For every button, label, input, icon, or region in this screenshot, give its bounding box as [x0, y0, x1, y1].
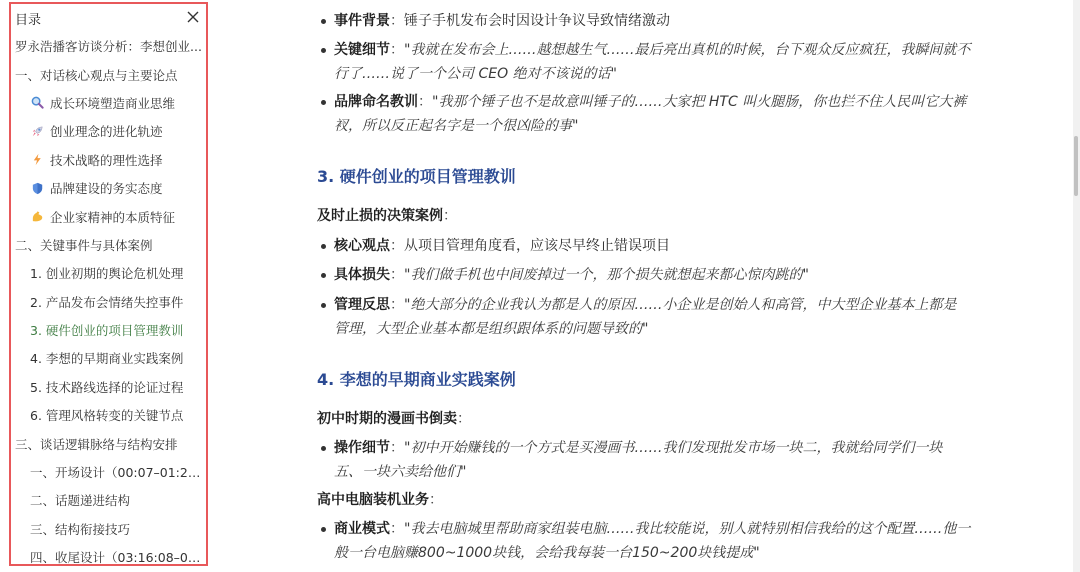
- bullet-colon: ：: [390, 42, 404, 58]
- toc-header: 目录: [11, 4, 206, 32]
- document-viewer: 目录 罗永浩播客访谈分析：李想创业... 一、对话核心观点与主要论点 成长环境塑…: [0, 0, 1080, 572]
- subhead-text: 及时止损的决策案例: [317, 208, 443, 224]
- bullet-business-model: 商业模式："我去电脑城里帮助商家组装电脑……我比较能说，别人就特别相信我给的这个…: [317, 517, 977, 565]
- bullet-quote-line-2: 五、一块六卖给他们": [334, 464, 466, 480]
- toc-item-label: 3. 硬件创业的项目管理教训: [30, 321, 183, 339]
- toc-item-3-1[interactable]: 一、开场设计（00:07–01:25）: [11, 458, 206, 486]
- bullet-quote-line-1: "绝大部分的企业我认为都是人的原因……小企业是创始人和高管，中大型企业基本上都是: [404, 297, 956, 313]
- bullet-label: 品牌命名教训: [334, 94, 418, 110]
- bullet-colon: ：: [390, 267, 404, 283]
- bullet-brand-naming-lesson: 品牌命名教训："我那个锤子也不是故意叫锤子的……大家把 HTC 叫火腿肠，你也拦…: [317, 90, 977, 138]
- toc-item-2-2[interactable]: 2. 产品发布会情绪失控事件: [11, 288, 206, 316]
- toc-item-label: 创业理念的进化轨迹: [50, 122, 163, 140]
- toc-item-section-2[interactable]: 二、关键事件与具体案例: [11, 231, 206, 259]
- toc-item-label: 罗永浩播客访谈分析：李想创业...: [15, 37, 202, 55]
- toc-item-label: 5. 技术路线选择的论证过程: [30, 378, 183, 396]
- bullet-quote-line-2: 管理，大型企业基本都是组织跟体系的问题导致的": [334, 321, 648, 337]
- toc-item-2-6[interactable]: 6. 管理风格转变的关键节点: [11, 401, 206, 429]
- toc-item-2-5[interactable]: 5. 技术路线选择的论证过程: [11, 373, 206, 401]
- bullet-quote-line-2: 衩，所以反正起名字是一个很凶险的事": [334, 118, 578, 134]
- subhead-text: 初中时期的漫画书倒卖: [317, 411, 457, 427]
- shield-icon: [30, 181, 44, 195]
- toc-item-label: 二、关键事件与具体案例: [15, 236, 153, 254]
- table-of-contents-panel: 目录 罗永浩播客访谈分析：李想创业... 一、对话核心观点与主要论点 成长环境塑…: [9, 2, 208, 566]
- section-4-subhead-pc-assembly: 高中电脑装机业务：: [317, 488, 443, 512]
- toc-item-3-3[interactable]: 三、结构衔接技巧: [11, 515, 206, 543]
- bullet-colon: ：: [390, 440, 404, 456]
- subhead-colon: ：: [443, 208, 457, 224]
- toc-item-label: 成长环境塑造商业思维: [50, 94, 175, 112]
- toc-item-label: 三、结构衔接技巧: [30, 520, 130, 538]
- bullet-quote-line-1: "我们做手机也中间废掉过一个，那个损失就想起来都心惊肉跳的": [404, 267, 809, 283]
- toc-item-2-3-active[interactable]: 3. 硬件创业的项目管理教训: [11, 316, 206, 344]
- toc-item-label: 四、收尾设计（03:16:08–03...: [30, 548, 206, 566]
- toc-item-3-4[interactable]: 四、收尾设计（03:16:08–03...: [11, 543, 206, 566]
- toc-item-label: 三、谈话逻辑脉络与结构安排: [15, 435, 178, 453]
- bullet-text: 锤子手机发布会时因设计争议导致情绪激动: [404, 13, 670, 29]
- rocket-icon: [30, 124, 44, 138]
- document-content: 事件背景：锤子手机发布会时因设计争议导致情绪激动 关键细节："我就在发布会上………: [317, 0, 997, 572]
- toc-item-entrepreneur-spirit[interactable]: 企业家精神的本质特征: [11, 202, 206, 230]
- bullet-quote-line-1: "我那个锤子也不是故意叫锤子的……大家把 HTC 叫火腿肠，你也拦不住人民叫它大…: [432, 94, 966, 110]
- bullet-colon: ：: [390, 238, 404, 254]
- bullet-colon: ：: [390, 297, 404, 313]
- toc-item-tech-strategy[interactable]: 技术战略的理性选择: [11, 146, 206, 174]
- section-4-heading: 4. 李想的早期商业实践案例: [317, 368, 516, 392]
- section-4-subhead-comics: 初中时期的漫画书倒卖：: [317, 407, 471, 431]
- toc-item-2-1[interactable]: 1. 创业初期的舆论危机处理: [11, 259, 206, 287]
- toc-item-label: 一、对话核心观点与主要论点: [15, 66, 178, 84]
- toc-item-section-3[interactable]: 三、谈话逻辑脉络与结构安排: [11, 429, 206, 457]
- bullet-quote-line-1: "我就在发布会上……越想越生气……最后亮出真机的时候，台下观众反应疯狂，我瞬间就…: [404, 42, 970, 58]
- bullet-label: 管理反思: [334, 297, 390, 313]
- toc-item-label: 二、话题递进结构: [30, 491, 130, 509]
- bullet-label: 具体损失: [334, 267, 390, 283]
- toc-item-label: 品牌建设的务实态度: [50, 179, 163, 197]
- bullet-key-detail: 关键细节："我就在发布会上……越想越生气……最后亮出真机的时候，台下观众反应疯狂…: [317, 38, 977, 86]
- vertical-scrollbar[interactable]: [1073, 0, 1080, 572]
- bullet-quote-line-2: 行了……说了一个公司 CEO 绝对不该说的话": [334, 66, 617, 82]
- toc-item-label: 企业家精神的本质特征: [50, 208, 175, 226]
- section-3-subhead: 及时止损的决策案例：: [317, 204, 457, 228]
- toc-item-label: 1. 创业初期的舆论危机处理: [30, 264, 183, 282]
- bullet-quote-line-1: "初中开始赚钱的一个方式是买漫画书……我们发现批发市场一块二，我就给同学们一块: [404, 440, 942, 456]
- toc-item-section-1[interactable]: 一、对话核心观点与主要论点: [11, 60, 206, 88]
- toc-title: 目录: [15, 9, 41, 28]
- toc-item-label: 4. 李想的早期商业实践案例: [30, 349, 183, 367]
- flexed-arm-icon: [30, 210, 44, 224]
- toc-item-label: 技术战略的理性选择: [50, 151, 163, 169]
- subhead-text: 高中电脑装机业务: [317, 492, 429, 508]
- toc-item-doc-title[interactable]: 罗永浩播客访谈分析：李想创业...: [11, 32, 206, 60]
- toc-list: 罗永浩播客访谈分析：李想创业... 一、对话核心观点与主要论点 成长环境塑造商业…: [11, 32, 206, 566]
- subhead-colon: ：: [429, 492, 443, 508]
- bullet-label: 商业模式: [334, 521, 390, 537]
- toc-item-label: 2. 产品发布会情绪失控事件: [30, 293, 183, 311]
- bullet-colon: ：: [390, 521, 404, 537]
- toc-item-growth-environment[interactable]: 成长环境塑造商业思维: [11, 89, 206, 117]
- toc-item-entrepreneurship-evolution[interactable]: 创业理念的进化轨迹: [11, 117, 206, 145]
- toc-item-2-4[interactable]: 4. 李想的早期商业实践案例: [11, 344, 206, 372]
- bullet-quote-line-1: "我去电脑城里帮助商家组装电脑……我比较能说，别人就特别相信我给的这个配置……他…: [404, 521, 970, 537]
- bullet-label: 核心观点: [334, 238, 390, 254]
- bullet-label: 事件背景: [334, 13, 390, 29]
- bullet-specific-loss: 具体损失："我们做手机也中间废掉过一个，那个损失就想起来都心惊肉跳的": [317, 263, 977, 287]
- close-icon[interactable]: [185, 9, 201, 25]
- bullet-label: 操作细节: [334, 440, 390, 456]
- toc-item-label: 6. 管理风格转变的关键节点: [30, 406, 183, 424]
- bullet-core-view: 核心观点：从项目管理角度看，应该尽早终止错误项目: [317, 234, 977, 258]
- bullet-quote-line-2: 般一台电脑赚800~1000块钱，会给我每装一台150~200块钱提成": [334, 545, 760, 561]
- magnifier-icon: [30, 96, 44, 110]
- scrollbar-thumb[interactable]: [1074, 136, 1078, 196]
- section-3-heading: 3. 硬件创业的项目管理教训: [317, 165, 516, 189]
- toc-item-3-2[interactable]: 二、话题递进结构: [11, 486, 206, 514]
- bullet-colon: ：: [418, 94, 432, 110]
- bullet-colon: ：: [390, 13, 404, 29]
- bullet-event-background: 事件背景：锤子手机发布会时因设计争议导致情绪激动: [317, 9, 977, 33]
- bullet-text: 从项目管理角度看，应该尽早终止错误项目: [404, 238, 670, 254]
- bullet-operation-detail: 操作细节："初中开始赚钱的一个方式是买漫画书……我们发现批发市场一块二，我就给同…: [317, 436, 977, 484]
- lightning-icon: [30, 153, 44, 167]
- toc-item-brand-building[interactable]: 品牌建设的务实态度: [11, 174, 206, 202]
- subhead-colon: ：: [457, 411, 471, 427]
- bullet-management-reflection: 管理反思："绝大部分的企业我认为都是人的原因……小企业是创始人和高管，中大型企业…: [317, 293, 977, 341]
- bullet-label: 关键细节: [334, 42, 390, 58]
- toc-item-label: 一、开场设计（00:07–01:25）: [30, 463, 206, 481]
